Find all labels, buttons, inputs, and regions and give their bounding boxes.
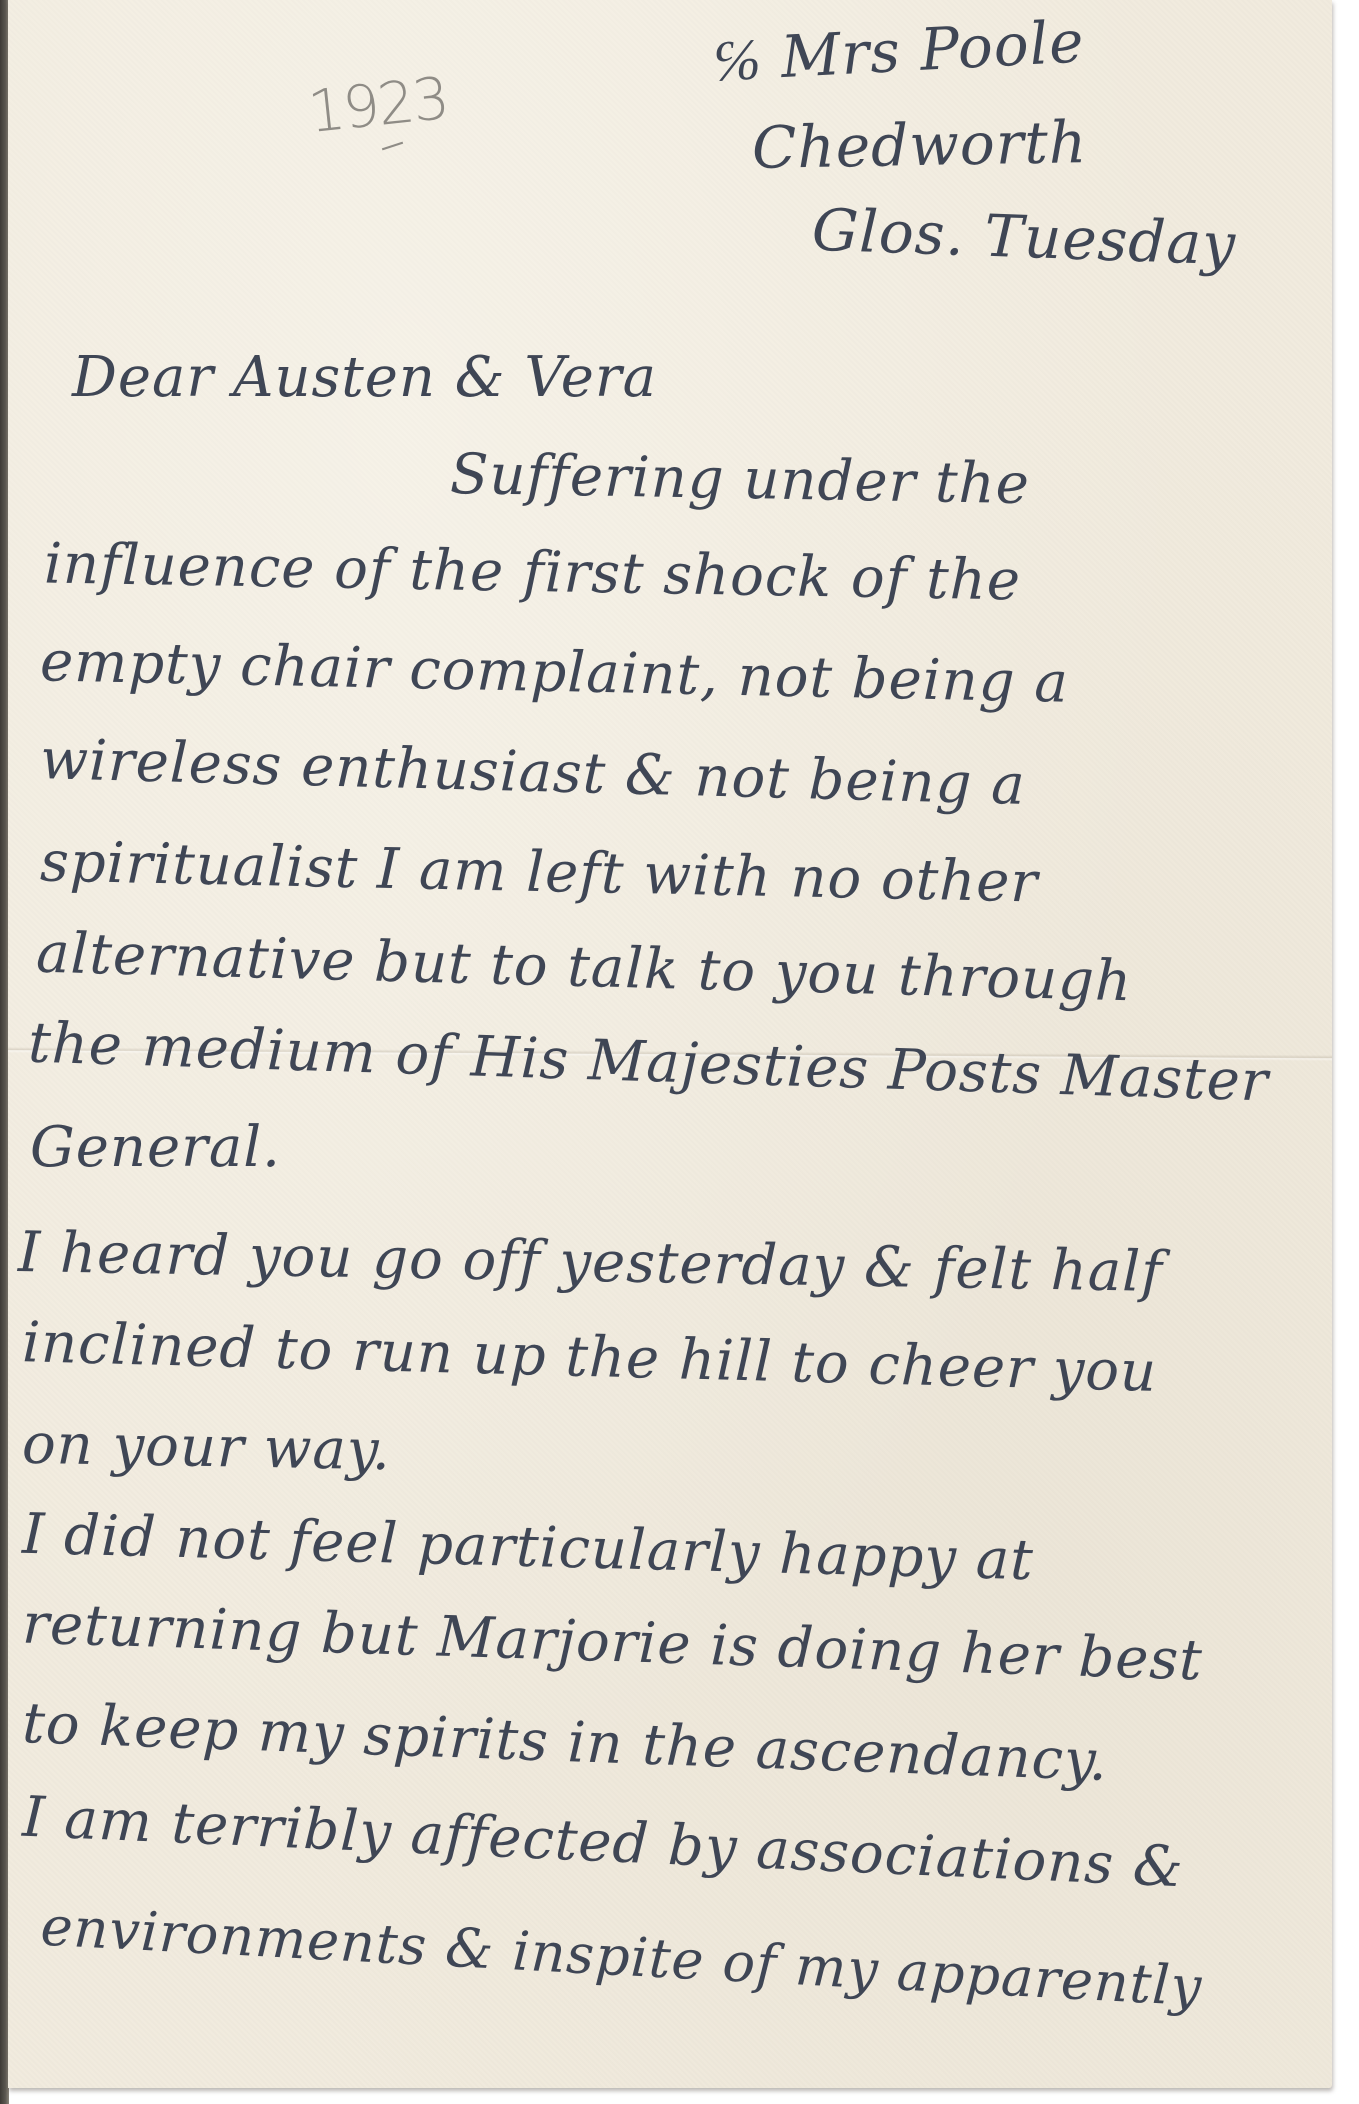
body-line: General. [30,1120,281,1176]
address-line-county-day: Glos. Tuesday [811,201,1237,274]
address-line-village: Chedworth [752,113,1088,177]
body-line: on your way. [22,1417,392,1479]
body-line: influence of the first shock of the [44,536,1022,609]
body-line: Suffering under the [450,447,1031,513]
address-line-care-of: ℅ Mrs Poole [711,12,1086,89]
salutation: Dear Austen & Vera [72,350,657,406]
letter-scan: 1923 – ℅ Mrs Poole Chedworth Glos. Tuesd… [0,0,1359,2104]
